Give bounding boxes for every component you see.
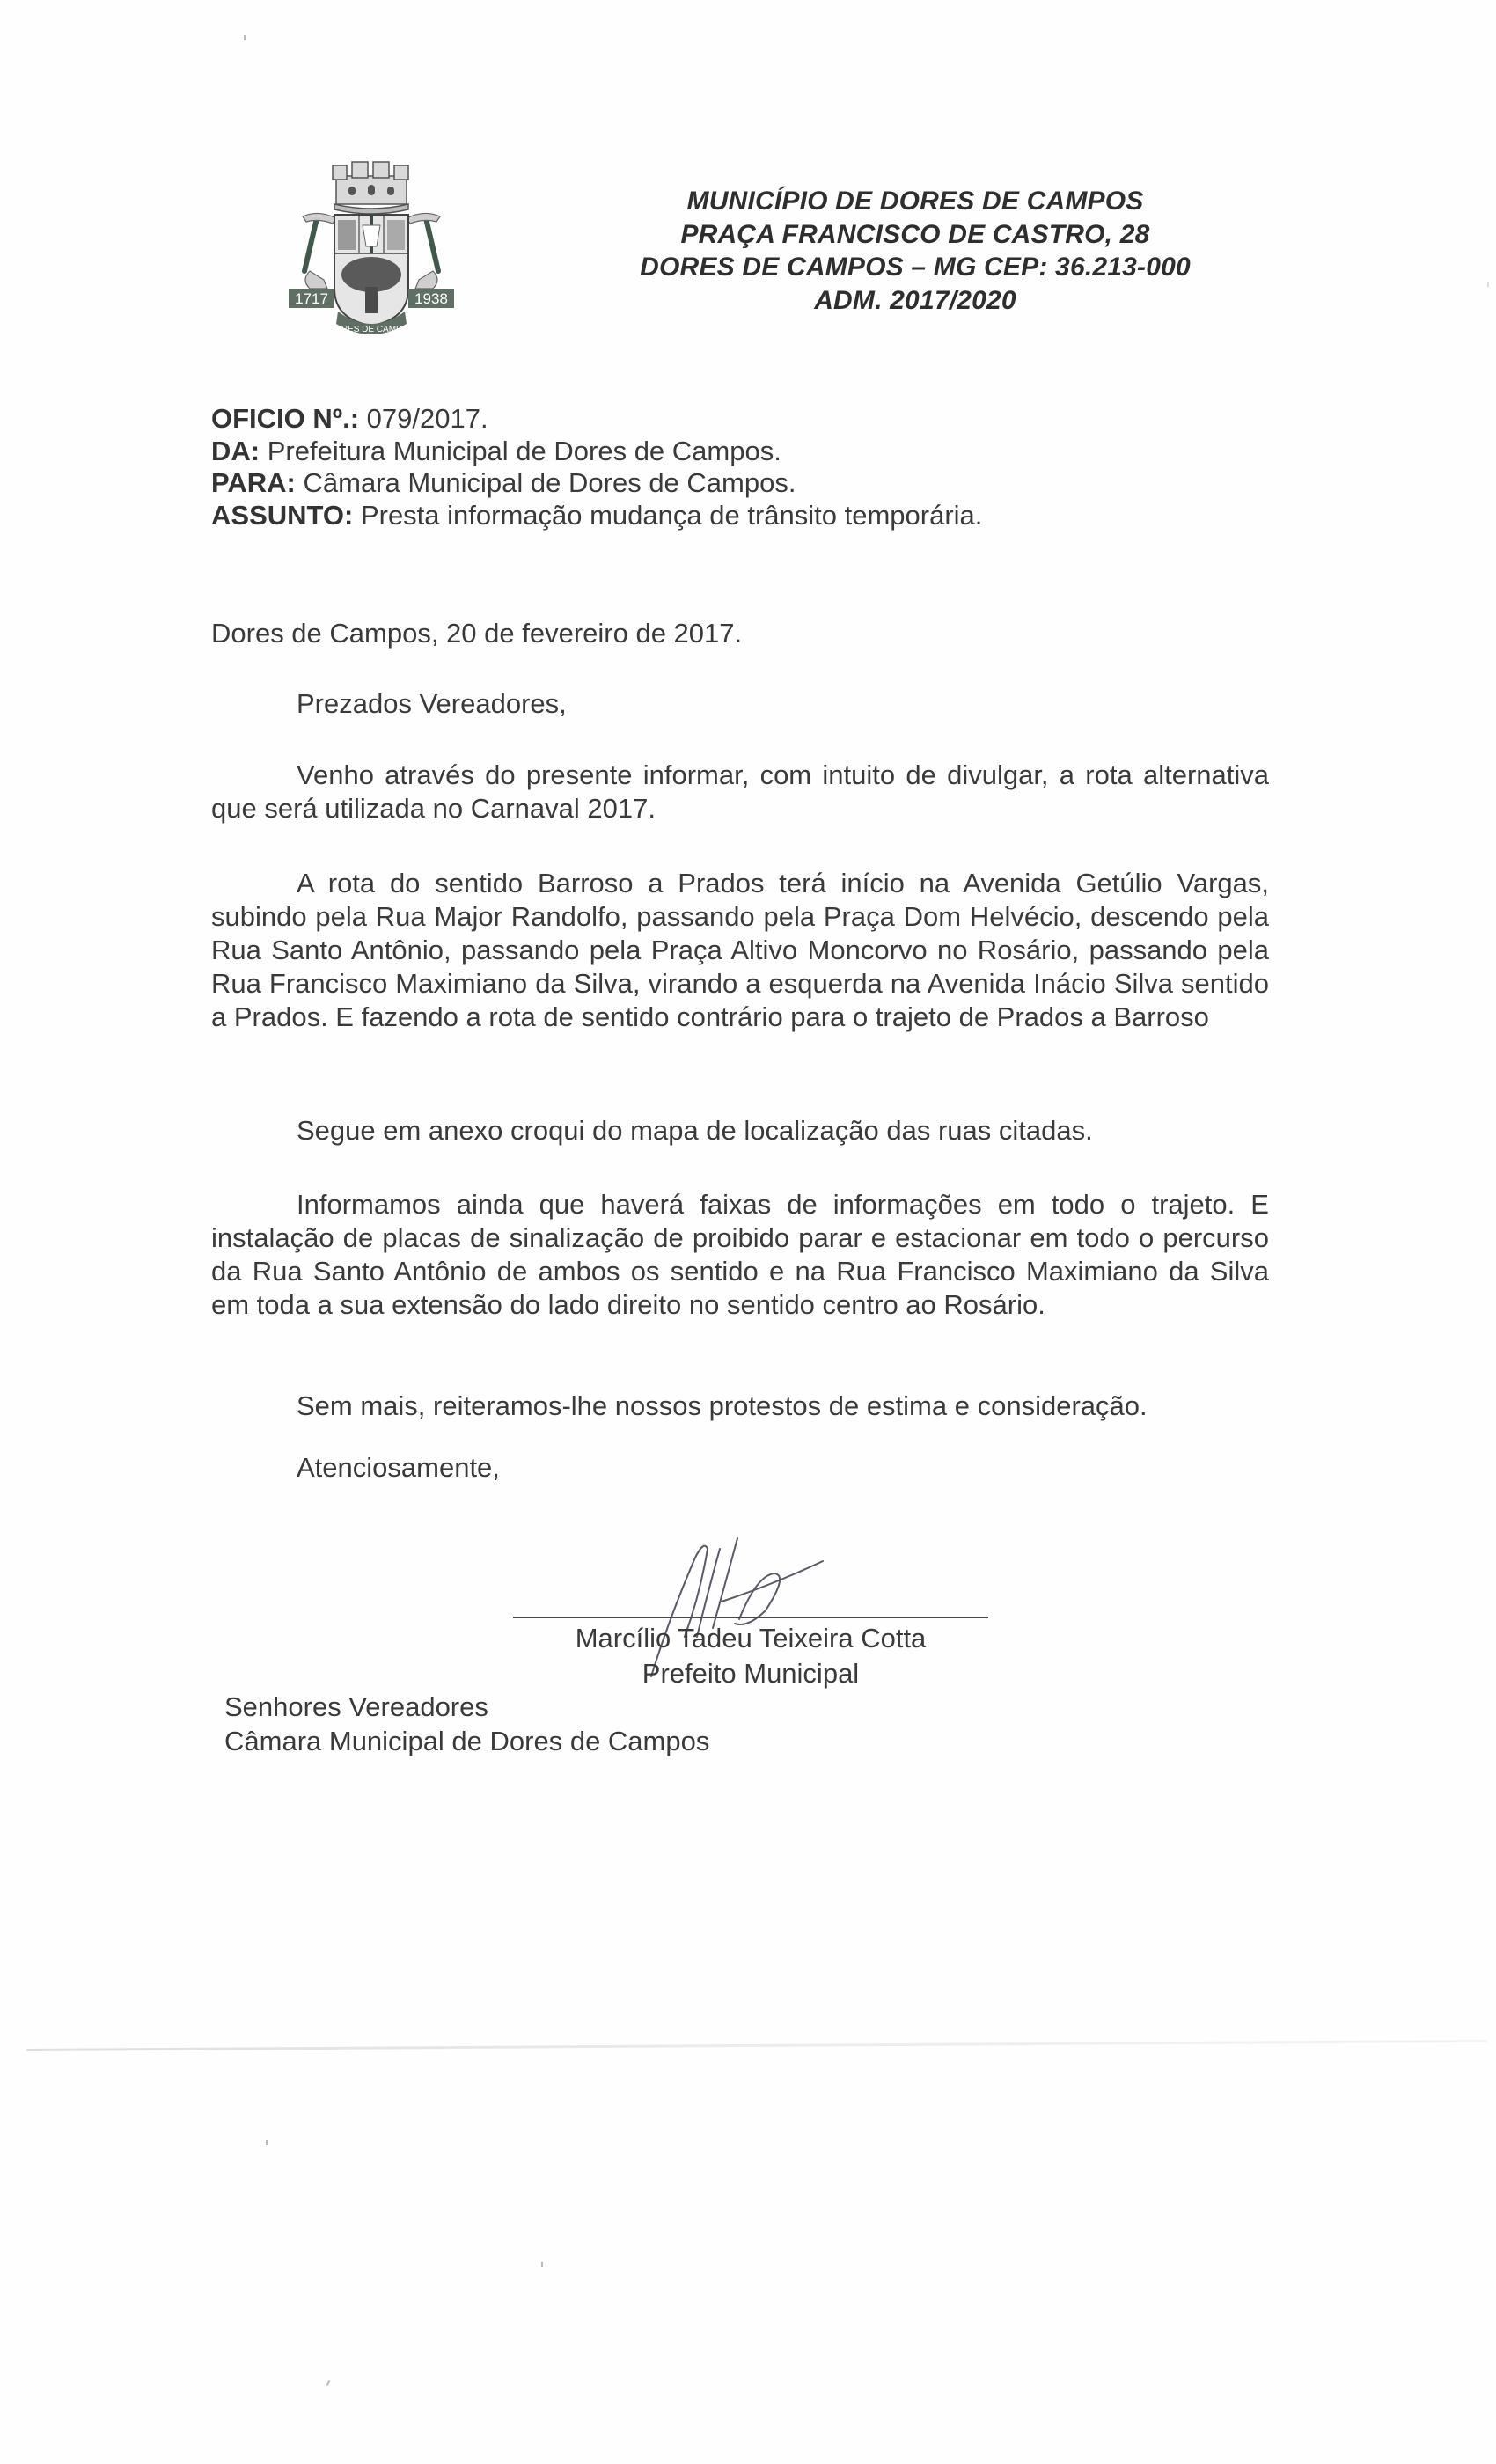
date-line: Dores de Campos, 20 de fevereiro de 2017… <box>211 618 742 649</box>
memo-to-value: Câmara Municipal de Dores de Campos. <box>296 467 796 498</box>
letterhead: MUNICÍPIO DE DORES DE CAMPOS PRAÇA FRANC… <box>607 185 1223 317</box>
memo-to-row: PARA: Câmara Municipal de Dores de Campo… <box>211 467 982 500</box>
scan-speck <box>244 35 246 40</box>
letterhead-administration: ADM. 2017/2020 <box>607 284 1223 318</box>
addressee-line-1: Senhores Vereadores <box>224 1691 488 1723</box>
scan-speck <box>1487 282 1489 287</box>
memo-subject-row: ASSUNTO: Presta informação mudança de tr… <box>211 500 982 532</box>
memo-from-row: DA: Prefeitura Municipal de Dores de Cam… <box>211 436 982 468</box>
memo-from-value: Prefeitura Municipal de Dores de Campos. <box>260 436 781 466</box>
letterhead-municipality: MUNICÍPIO DE DORES DE CAMPOS <box>607 185 1223 218</box>
memo-subject-value: Presta informação mudança de trânsito te… <box>353 500 982 531</box>
scan-speck <box>541 2262 543 2267</box>
svg-text:1717: 1717 <box>295 290 328 307</box>
letterhead-city-cep: DORES DE CAMPOS – MG CEP: 36.213-000 <box>607 251 1223 284</box>
svg-text:1938: 1938 <box>414 290 448 307</box>
municipal-coat-of-arms-icon: 1717 1938 DORES DE CAMPOS <box>283 157 459 341</box>
scan-speck <box>326 2380 331 2386</box>
memo-from-label: DA: <box>211 436 260 466</box>
body-paragraph-1: Venho através do presente informar, com … <box>211 759 1269 825</box>
svg-text:DORES DE CAMPOS: DORES DE CAMPOS <box>328 325 415 334</box>
scan-speck <box>266 2140 268 2145</box>
signer-name: Marcílio Tadeu Teixeira Cotta <box>513 1621 988 1656</box>
closing: Atenciosamente, <box>297 1452 500 1484</box>
memo-to-label: PARA: <box>211 467 296 498</box>
scanned-letter-page: 1717 1938 DORES DE CAMPOS MUNICÍPIO DE D… <box>0 0 1496 2464</box>
body-paragraph-3: Segue em anexo croqui do mapa de localiz… <box>297 1115 1093 1147</box>
memo-oficio-label: OFICIO Nº.: <box>211 403 359 434</box>
memo-subject-label: ASSUNTO: <box>211 500 353 531</box>
body-paragraph-2: A rota do sentido Barroso a Prados terá … <box>211 867 1269 1034</box>
memo-oficio-value: 079/2017. <box>359 403 488 434</box>
letterhead-address: PRAÇA FRANCISCO DE CASTRO, 28 <box>607 218 1223 252</box>
signer-title: Prefeito Municipal <box>513 1656 988 1691</box>
greeting: Prezados Vereadores, <box>297 688 567 720</box>
scan-artifact-line <box>26 2040 1487 2051</box>
signature-line <box>513 1617 988 1618</box>
memo-header: OFICIO Nº.: 079/2017. DA: Prefeitura Mun… <box>211 403 982 532</box>
body-paragraph-5: Sem mais, reiteramos-lhe nossos protesto… <box>297 1390 1148 1422</box>
memo-oficio-row: OFICIO Nº.: 079/2017. <box>211 403 982 436</box>
addressee-line-2: Câmara Municipal de Dores de Campos <box>224 1726 709 1757</box>
body-paragraph-4: Informamos ainda que haverá faixas de in… <box>211 1188 1269 1322</box>
